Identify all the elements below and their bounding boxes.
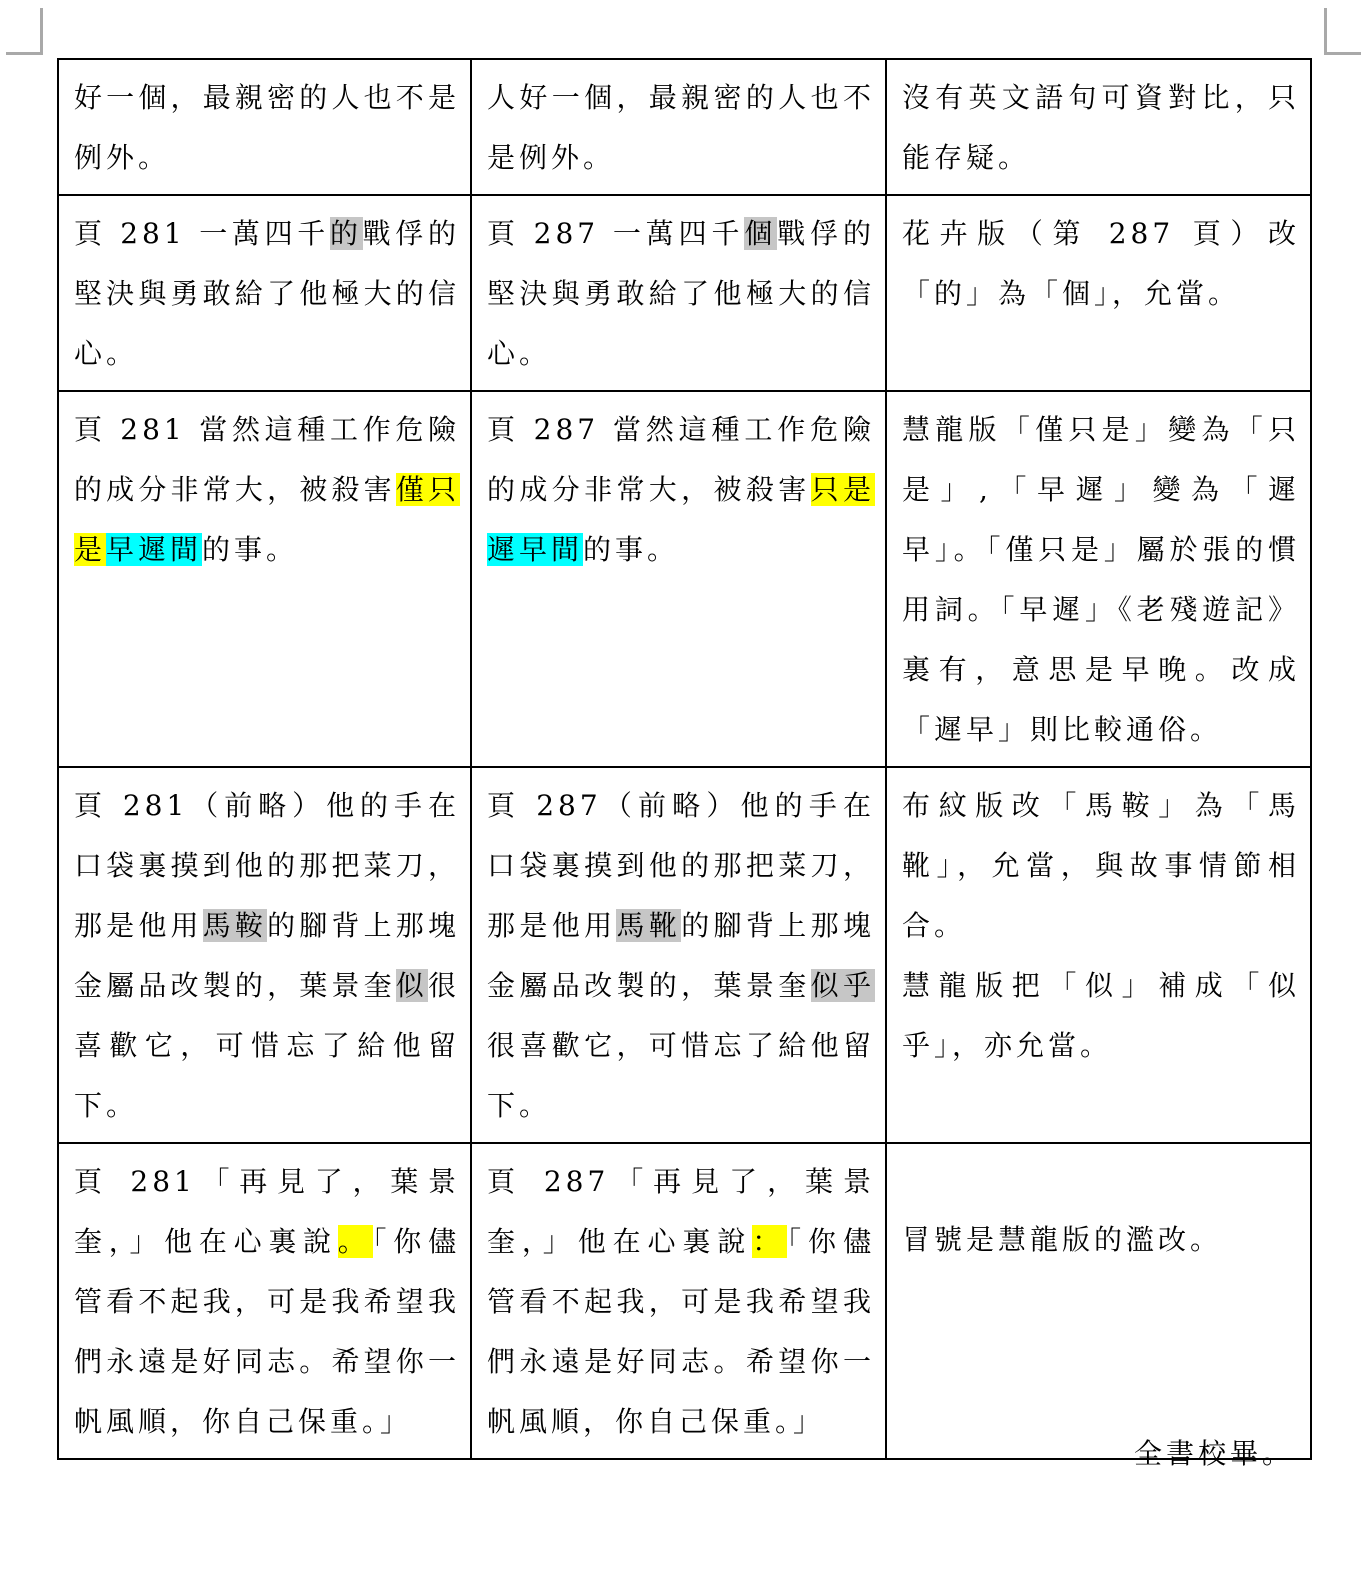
paragraph: 頁 287 當然這種工作危險的成分非常大，被殺害只是遲早間的事。	[487, 400, 875, 580]
gray-highlight-segment: 馬靴	[616, 909, 681, 942]
text-segment: 慧龍版「僅只是」變為「只是」,「早遲」變為「遲早」。「僅只是」屬於張的慣用詞。「…	[902, 413, 1300, 746]
text-segment: 頁 281 一萬四千	[74, 217, 330, 250]
paragraph: 慧龍版「僅只是」變為「只是」,「早遲」變為「遲早」。「僅只是」屬於張的慣用詞。「…	[902, 400, 1300, 760]
table-cell: 沒有英文語句可資對比，只能存疑。	[886, 59, 1311, 195]
paragraph: 頁 281「再見了，葉景奎，」他在心裏說。「你儘管看不起我，可是我希望我們永遠是…	[74, 1152, 460, 1452]
paragraph: 人好一個，最親密的人也不是例外。	[487, 68, 875, 188]
closing-note: 全書校畢。	[1134, 1432, 1294, 1472]
table-cell: 好一個，最親密的人也不是例外。	[58, 59, 471, 195]
text-segment: 冒號是慧龍版的濫改。	[902, 1223, 1222, 1256]
paragraph: 頁 281 一萬四千的戰俘的堅決與勇敢給了他極大的信心。	[74, 204, 460, 384]
paragraph: 慧龍版把「似」補成「似乎」，亦允當。	[902, 956, 1300, 1076]
table-row: 好一個，最親密的人也不是例外。人好一個，最親密的人也不是例外。沒有英文語句可資對…	[58, 59, 1311, 195]
text-segment: 人好一個，最親密的人也不是例外。	[487, 81, 875, 174]
paragraph: 布紋版改「馬鞍」為「馬靴」，允當，與故事情節相合。	[902, 776, 1300, 956]
text-segment: 的事。	[202, 533, 298, 566]
table-cell: 頁 287「再見了，葉景奎，」他在心裏說：「你儘管看不起我，可是我希望我們永遠是…	[471, 1143, 886, 1459]
text-segment: 的事。	[583, 533, 679, 566]
table-cell: 頁 287（前略）他的手在口袋裏摸到他的那把菜刀，那是他用馬靴的腳背上那塊金屬品…	[471, 767, 886, 1143]
table-cell: 頁 281 一萬四千的戰俘的堅決與勇敢給了他極大的信心。	[58, 195, 471, 391]
text-segment: 很喜歡它，可惜忘了給他留下。	[487, 1029, 875, 1122]
table-cell: 頁 287 一萬四千個戰俘的堅決與勇敢給了他極大的信心。	[471, 195, 886, 391]
table-cell: 慧龍版「僅只是」變為「只是」,「早遲」變為「遲早」。「僅只是」屬於張的慣用詞。「…	[886, 391, 1311, 767]
paragraph: 好一個，最親密的人也不是例外。	[74, 68, 460, 188]
cyan-highlight-segment: 遲早間	[487, 533, 583, 566]
table-row: 頁 281（前略）他的手在口袋裏摸到他的那把菜刀，那是他用馬鞍的腳背上那塊金屬品…	[58, 767, 1311, 1143]
page-margin-mark-top-left	[6, 8, 43, 55]
text-segment: 沒有英文語句可資對比，只能存疑。	[902, 81, 1300, 174]
table-cell: 頁 287 當然這種工作危險的成分非常大，被殺害只是遲早間的事。	[471, 391, 886, 767]
cyan-highlight-segment: 早遲間	[106, 533, 202, 566]
gray-highlight-segment: 個	[744, 217, 777, 250]
table-row: 頁 281 當然這種工作危險的成分非常大，被殺害僅只是早遲間的事。頁 287 當…	[58, 391, 1311, 767]
yellow-highlight-segment: ：	[752, 1225, 787, 1258]
table-cell: 冒號是慧龍版的濫改。	[886, 1143, 1311, 1459]
table-cell: 人好一個，最親密的人也不是例外。	[471, 59, 886, 195]
table-cell: 頁 281（前略）他的手在口袋裏摸到他的那把菜刀，那是他用馬鞍的腳背上那塊金屬品…	[58, 767, 471, 1143]
yellow-highlight-segment: 。	[338, 1225, 373, 1258]
table-row: 頁 281 一萬四千的戰俘的堅決與勇敢給了他極大的信心。頁 287 一萬四千個戰…	[58, 195, 1311, 391]
table-cell: 頁 281 當然這種工作危險的成分非常大，被殺害僅只是早遲間的事。	[58, 391, 471, 767]
paragraph: 沒有英文語句可資對比，只能存疑。	[902, 68, 1300, 188]
document-page: 好一個，最親密的人也不是例外。人好一個，最親密的人也不是例外。沒有英文語句可資對…	[0, 0, 1366, 1584]
yellow-highlight-segment: 只是	[811, 473, 875, 506]
table-cell: 花卉版（第 287 頁）改「的」為「個」，允當。	[886, 195, 1311, 391]
gray-highlight-segment: 似乎	[811, 969, 875, 1002]
paragraph: 頁 287「再見了，葉景奎，」他在心裏說：「你儘管看不起我，可是我希望我們永遠是…	[487, 1152, 875, 1452]
paragraph: 頁 281（前略）他的手在口袋裏摸到他的那把菜刀，那是他用馬鞍的腳背上那塊金屬品…	[74, 776, 460, 1136]
comparison-table: 好一個，最親密的人也不是例外。人好一個，最親密的人也不是例外。沒有英文語句可資對…	[57, 58, 1312, 1460]
comparison-table-body: 好一個，最親密的人也不是例外。人好一個，最親密的人也不是例外。沒有英文語句可資對…	[58, 59, 1311, 1459]
paragraph: 頁 287（前略）他的手在口袋裏摸到他的那把菜刀，那是他用馬靴的腳背上那塊金屬品…	[487, 776, 875, 1136]
text-segment: 頁 287 一萬四千	[487, 217, 744, 250]
gray-highlight-segment: 馬鞍	[203, 909, 267, 942]
paragraph: 花卉版（第 287 頁）改「的」為「個」，允當。	[902, 204, 1300, 324]
gray-highlight-segment: 的	[330, 217, 363, 250]
gray-highlight-segment: 似	[396, 969, 428, 1002]
table-cell: 布紋版改「馬鞍」為「馬靴」，允當，與故事情節相合。慧龍版把「似」補成「似乎」，亦…	[886, 767, 1311, 1143]
paragraph: 頁 281 當然這種工作危險的成分非常大，被殺害僅只是早遲間的事。	[74, 400, 460, 580]
text-segment: 花卉版（第 287 頁）改「的」為「個」，允當。	[902, 217, 1300, 310]
text-segment: 好一個，最親密的人也不是例外。	[74, 81, 460, 174]
table-row: 頁 281「再見了，葉景奎，」他在心裏說。「你儘管看不起我，可是我希望我們永遠是…	[58, 1143, 1311, 1459]
text-segment: 布紋版改「馬鞍」為「馬靴」，允當，與故事情節相合。	[902, 789, 1300, 942]
paragraph: 冒號是慧龍版的濫改。	[902, 1210, 1300, 1270]
page-margin-mark-top-right	[1324, 8, 1361, 55]
text-segment: 慧龍版把「似」補成「似乎」，亦允當。	[902, 969, 1300, 1062]
paragraph: 頁 287 一萬四千個戰俘的堅決與勇敢給了他極大的信心。	[487, 204, 875, 384]
table-cell: 頁 281「再見了，葉景奎，」他在心裏說。「你儘管看不起我，可是我希望我們永遠是…	[58, 1143, 471, 1459]
